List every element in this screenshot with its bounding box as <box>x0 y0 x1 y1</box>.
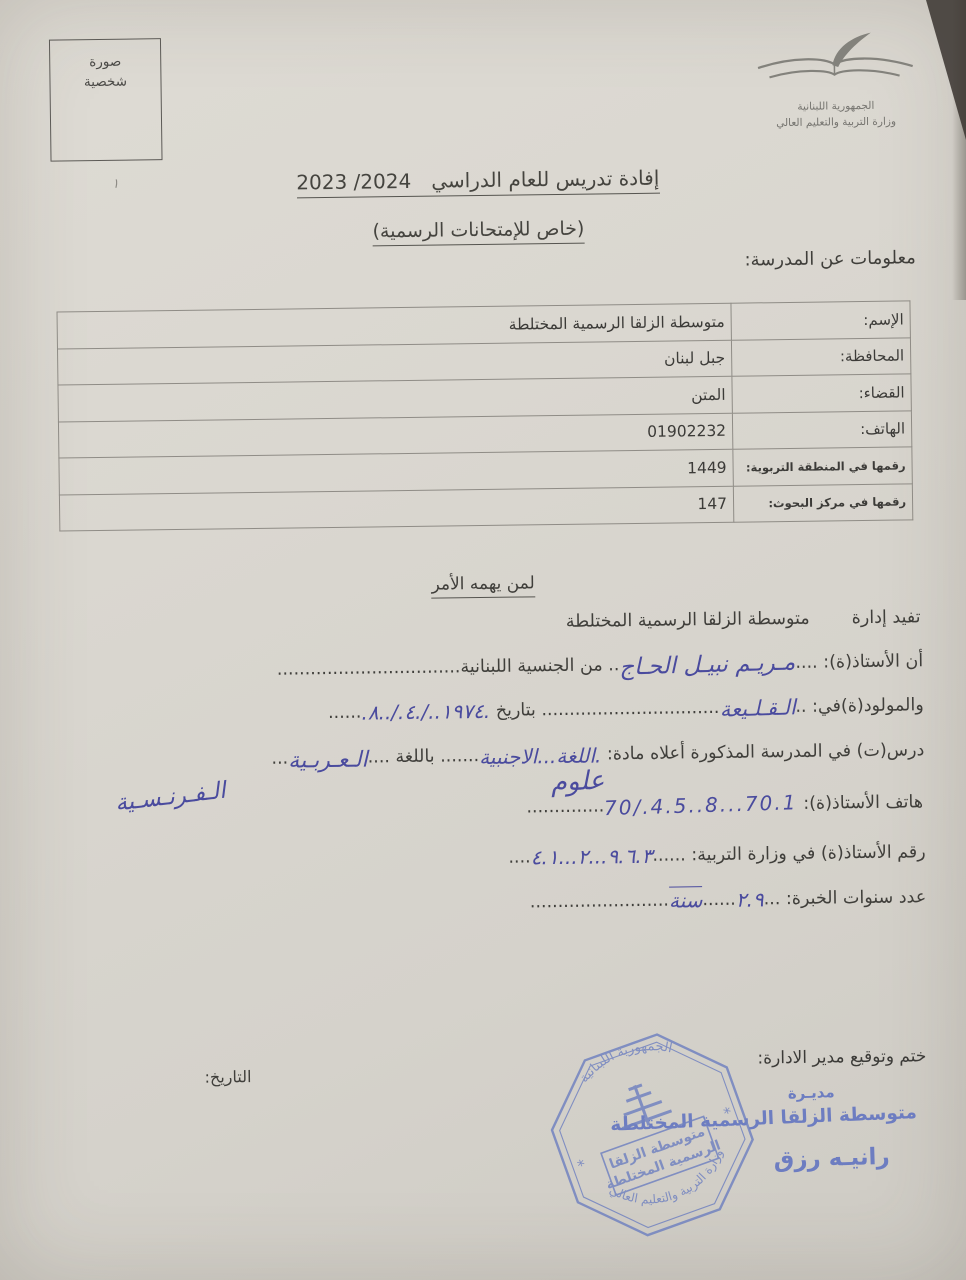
scanned-document: صورة شخصية ١ الجمهورية اللبنانية وزارة ا… <box>0 0 966 1280</box>
intro-line: تفيد إدارةمتوسطة الزلقا الرسمية المختلطة <box>566 607 921 632</box>
stamp-graphic: الجمهورية اللبنانية وزارة التربية والتعل… <box>503 990 802 1279</box>
language2-handwriting: الـفـرنـسـية <box>114 778 227 817</box>
birthplace-handwriting: الـقـلـيعة <box>719 695 796 721</box>
subject-handwriting: .اللغة...الاجنبية <box>479 743 602 769</box>
director-title-stamp: مديـرة <box>788 1083 835 1102</box>
scan-edge-shadow <box>952 0 966 300</box>
stamp-signature-label: ختم وتوقيع مدير الادارة: <box>757 1046 926 1068</box>
ministry-logo: الجمهورية اللبنانية وزارة التربية والتعل… <box>735 28 936 132</box>
experience-line: عدد سنوات الخبرة: ...٢.٩......سنة.......… <box>530 883 927 914</box>
photo-label-line1: صورة <box>50 51 160 73</box>
extra-subject-handwriting: علوم <box>550 766 605 799</box>
stamp-star-left: * <box>575 1156 589 1176</box>
letter-heading: لمن يهمه الأمر <box>0 568 966 601</box>
row-label: المحافظة: <box>731 337 910 376</box>
birth-line: والمولود(ة)في: ..الـقـلـيعة.............… <box>328 693 924 726</box>
school-info-heading: معلومات عن المدرسة: <box>744 247 916 270</box>
document-subtitle: (خاص للإمتحانات الرسمية) <box>0 213 962 248</box>
official-octagon-stamp: الجمهورية اللبنانية وزارة التربية والتعل… <box>503 990 802 1279</box>
ministry-number-handwriting: ٩.٦.٣...٢...٤.١ <box>531 844 653 870</box>
experience-years-handwriting: ٢.٩ <box>736 887 764 911</box>
title-text: إفادة تدريس للعام الدراسي <box>431 166 659 193</box>
phone-line: هاتف الأستاذ(ة): 70/.4.5..8...70.1......… <box>526 790 923 819</box>
teacher-name-line: أن الأستاذ(ة): ....مـريـم نبيـل الحـاج..… <box>277 649 924 683</box>
row-label: القضاء: <box>732 374 911 413</box>
teacher-name-handwriting: مـريـم نبيـل الحـاج <box>619 649 796 680</box>
phone-handwriting: 70/.4.5..8...70.1 <box>604 790 798 820</box>
ministry-number-line: رقم الأستاذ(ة) في وزارة التربية: ......٩… <box>508 840 926 869</box>
row-label: رقمها في المنطقة التربوية: <box>733 447 912 486</box>
experience-unit-handwriting: سنة <box>669 886 703 912</box>
photo-placeholder-box: صورة شخصية <box>49 38 163 161</box>
document-title: إفادة تدريس للعام الدراسي 2023 /2024 <box>0 162 961 199</box>
ministry-name-line2: وزارة التربية والتعليم العالي <box>736 114 936 132</box>
row-label: الهاتف: <box>732 410 911 449</box>
school-info-table: الإسم: متوسطة الزلقا الرسمية المختلطة ال… <box>57 300 914 531</box>
photo-label-line2: شخصية <box>50 71 160 93</box>
academic-year: 2023 /2024 <box>296 169 411 195</box>
row-label: الإسم: <box>731 301 910 340</box>
paper-sheet: صورة شخصية ١ الجمهورية اللبنانية وزارة ا… <box>0 0 966 1280</box>
date-label: التاريخ: <box>204 1067 251 1087</box>
language-handwriting: الـعـربـية <box>288 748 368 774</box>
row-label: رقمها في مركز البحوث: <box>733 483 912 522</box>
school-name-typed: متوسطة الزلقا الرسمية المختلطة <box>566 609 810 632</box>
birthdate-handwriting: .١٩٧٤../.٤./..٨. <box>361 699 490 725</box>
cedar-tree-icon <box>610 1077 674 1135</box>
row-value: 147 <box>59 486 733 531</box>
open-book-logo-icon <box>740 28 931 96</box>
